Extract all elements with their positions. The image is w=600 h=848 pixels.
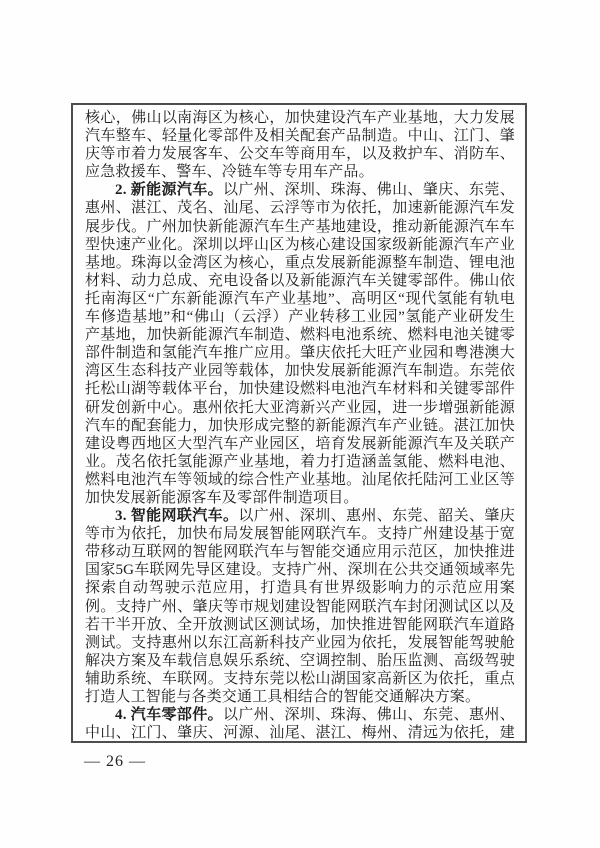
page-number: — 26 — xyxy=(84,753,146,771)
paragraph-heading: 3. 智能网联汽车。 xyxy=(115,508,238,524)
paragraph: 3. 智能网联汽车。以广州、深圳、惠州、东莞、韶关、肇庆等市为依托，加快布局发展… xyxy=(85,507,515,706)
document-page: 核心，佛山以南海区为核心，加快建设汽车产业基地，大力发展汽车整车、轻量化零部件及… xyxy=(0,0,600,848)
content-border-box: 核心，佛山以南海区为核心，加快建设汽车产业基地，大力发展汽车整车、轻量化零部件及… xyxy=(71,103,527,743)
paragraph-heading: 2. 新能源汽车。 xyxy=(115,182,223,198)
paragraph-text: 以广州、深圳、惠州、东莞、韶关、肇庆等市为依托，加快布局发展智能网联汽车。支持广… xyxy=(85,508,515,705)
paragraph: 2. 新能源汽车。以广州、深圳、珠海、佛山、肇庆、东莞、惠州、湛江、茂名、汕尾、… xyxy=(85,181,515,507)
paragraph: 核心，佛山以南海区为核心，加快建设汽车产业基地，大力发展汽车整车、轻量化零部件及… xyxy=(85,109,515,181)
paragraph-text: 以广州、深圳、珠海、佛山、肇庆、东莞、惠州、湛江、茂名、汕尾、云浮等市为依托，加… xyxy=(85,182,515,506)
paragraph: 4. 汽车零部件。以广州、深圳、珠海、佛山、东莞、惠州、中山、江门、肇庆、河源、… xyxy=(85,706,515,743)
paragraph-text: 核心，佛山以南海区为核心，加快建设汽车产业基地，大力发展汽车整车、轻量化零部件及… xyxy=(85,110,515,180)
paragraph-heading: 4. 汽车零部件。 xyxy=(115,707,223,723)
